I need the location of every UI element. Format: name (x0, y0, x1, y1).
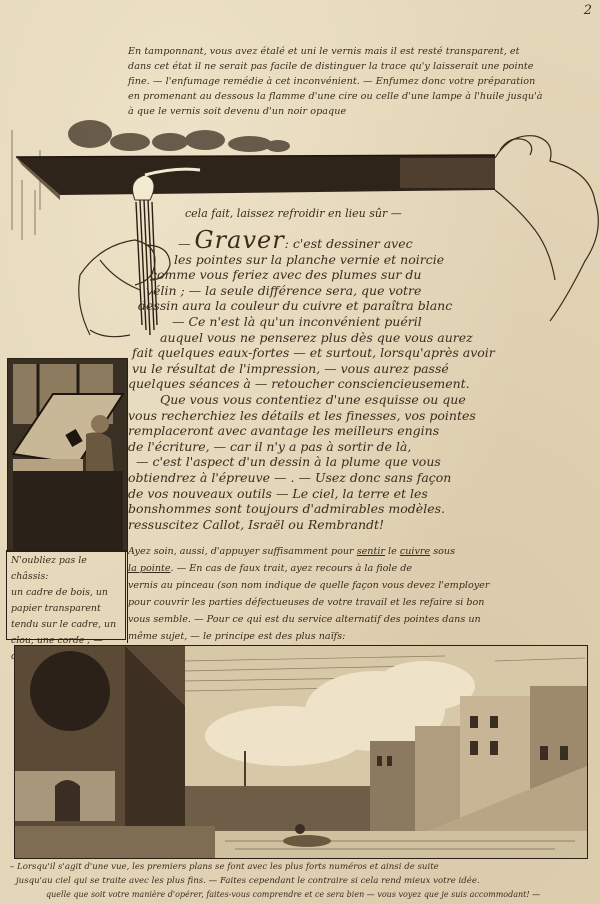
graver-line: les pointes sur la planche vernie et noi… (128, 252, 598, 268)
river-view-illustration (14, 645, 588, 859)
footer-line: jusqu'au ciel qui se traite avec les plu… (0, 874, 600, 888)
graver-line: Que vous vous contentiez d'une esquisse … (128, 392, 598, 408)
alternative-paragraph: Ayez soin, aussi, d'appuyer suffisamment… (128, 543, 598, 645)
graver-heading: Graver (194, 226, 284, 254)
page-number: 2 (584, 3, 592, 18)
graver-line: : c'est dessiner avec (285, 236, 413, 251)
graver-line: de l'écriture, — car il n'y a pas à sort… (128, 439, 598, 455)
graver-line: de vos nouveaux outils — Le ciel, la ter… (128, 486, 598, 502)
graver-line: comme vous feriez avec des plumes sur du (128, 267, 598, 283)
alt-underlined: sentir (357, 546, 385, 557)
graver-line: fait quelques eaux-fortes — et surtout, … (128, 345, 598, 361)
side-note-line: N'oubliez pas le châssis: (11, 553, 121, 585)
alt-line: vernis au pinceau (son nom indique de qu… (128, 577, 598, 594)
alt-line: pour couvrir les parties défectueuses de… (128, 594, 598, 611)
alt-underlined: cuivre (400, 546, 430, 557)
alt-line: vous semble. — Pour ce qui est du servic… (128, 611, 598, 628)
graver-line: dessin aura la couleur du cuivre et para… (128, 298, 598, 314)
side-note-line: papier transparent (11, 601, 121, 617)
footer-line: – Lorsqu'il s'agit d'une vue, les premie… (0, 860, 600, 874)
graver-line: vélin ; — la seule différence sera, que … (128, 283, 598, 299)
graver-line: obtiendrez à l'épreuve — . — Usez donc s… (128, 470, 598, 486)
graver-line: — Ce n'est là qu'un inconvénient puéril (128, 314, 598, 330)
graver-line: quelques séances à — retoucher conscienc… (128, 376, 598, 392)
alt-text: Ayez soin, aussi, d'appuyer suffisamment… (128, 546, 357, 557)
graver-line: vu le résultat de l'impression, — vous a… (128, 361, 598, 377)
footer-line: quelle que soit votre manière d'opérer, … (0, 888, 600, 902)
graver-line: — c'est l'aspect d'un dessin à la plume … (128, 454, 598, 470)
lead-dash: — (178, 236, 191, 251)
intro-line: en promenant au dessous la flamme d'une … (128, 89, 598, 104)
alt-text: . — En cas de faux trait, ayez recours à… (171, 563, 412, 574)
graver-line: vous recherchiez les détails et les fine… (128, 408, 598, 424)
intro-line: fine. — l'enfumage remédie à cet inconvé… (128, 74, 598, 89)
cooling-caption: cela fait, laissez refroidir en lieu sûr… (185, 207, 402, 220)
alt-text: sous (430, 546, 455, 557)
etching-desk-illustration (7, 358, 128, 552)
side-note-chassis: N'oubliez pas le châssis: un cadre de bo… (6, 550, 126, 640)
intro-line: En tamponnant, vous avez étalé et uni le… (128, 44, 598, 59)
graver-line: bonshommes sont toujours d'admirables mo… (128, 501, 598, 517)
scanned-page: 2 En tamponnant, vous avez étalé et uni … (0, 0, 600, 904)
side-note-line: tendu sur le cadre, un (11, 617, 121, 633)
graver-line: remplaceront avec avantage les meilleurs… (128, 423, 598, 439)
intro-paragraph: En tamponnant, vous avez étalé et uni le… (128, 44, 598, 119)
alt-underlined: la pointe (128, 563, 171, 574)
alt-text: le (385, 546, 400, 557)
footer-note: – Lorsqu'il s'agit d'une vue, les premie… (0, 860, 600, 902)
alt-line: même sujet, — le principe est des plus n… (128, 628, 598, 645)
side-note-line: un cadre de bois, un (11, 585, 121, 601)
graver-line: ressuscitez Callot, Israël ou Rembrandt! (128, 517, 598, 533)
graver-paragraph: — Graver: c'est dessiner avec les pointe… (128, 233, 598, 532)
intro-line: dans cet état il ne serait pas facile de… (128, 59, 598, 74)
graver-line: auquel vous ne penserez plus dès que vou… (128, 330, 598, 346)
intro-line: à que le vernis soit devenu d'un noir op… (128, 104, 598, 119)
